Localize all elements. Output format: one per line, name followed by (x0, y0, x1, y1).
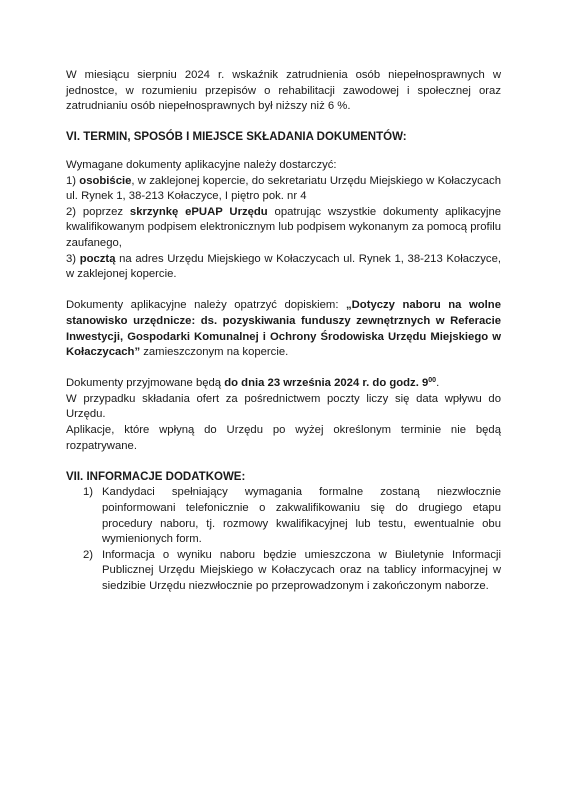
intro-paragraph: W miesiącu sierpniu 2024 r. wskaźnik zat… (66, 68, 501, 115)
envelope-annotation: Dokumenty aplikacyjne należy opatrzyć do… (66, 298, 501, 360)
option-method: osobiście (79, 175, 131, 187)
option-method: skrzynkę ePUAP Urzędu (130, 206, 268, 218)
submission-lead: Wymagane dokumenty aplikacyjne należy do… (66, 158, 501, 174)
list-item-number: 2) (83, 548, 93, 564)
list-item-text: Kandydaci spełniający wymagania formalne… (102, 486, 501, 545)
submission-methods: Wymagane dokumenty aplikacyjne należy do… (66, 158, 501, 283)
option-details: , w zaklejonej kopercie, do sekretariatu… (66, 175, 501, 203)
deadline-tail: . (436, 377, 439, 389)
submission-option-post: 3) pocztą na adres Urzędu Miejskiego w K… (66, 252, 501, 283)
deadline-date-text: do dnia 23 września 2024 r. do godz. 9 (224, 377, 428, 389)
option-details: na adres Urzędu Miejskiego w Kołaczycach… (66, 253, 501, 281)
deadline-date: do dnia 23 września 2024 r. do godz. 900 (224, 377, 436, 389)
additional-info-list: 1) Kandydaci spełniający wymagania forma… (66, 485, 501, 594)
deadline-line: Dokumenty przyjmowane będą do dnia 23 wr… (66, 376, 501, 392)
document-page: W miesiącu sierpniu 2024 r. wskaźnik zat… (66, 68, 501, 595)
submission-option-personal: 1) osobiście, w zaklejonej kopercie, do … (66, 174, 501, 205)
annotation-lead: Dokumenty aplikacyjne należy opatrzyć do… (66, 299, 346, 311)
section-vi-heading: VI. TERMIN, SPOSÓB I MIEJSCE SKŁADANIA D… (66, 130, 501, 146)
annotation-tail: zamieszczonym na kopercie. (140, 346, 288, 358)
list-item: 1) Kandydaci spełniający wymagania forma… (66, 485, 501, 547)
deadline-lead: Dokumenty przyjmowane będą (66, 377, 224, 389)
deadline-minutes: 00 (428, 377, 436, 384)
postal-note: W przypadku składania ofert za pośrednic… (66, 392, 501, 423)
list-item-text: Informacja o wyniku naboru będzie umiesz… (102, 549, 501, 592)
option-prefix: 3) (66, 253, 80, 265)
list-item-number: 1) (83, 485, 93, 501)
section-vii-heading: VII. INFORMACJE DODATKOWE: (66, 470, 501, 486)
list-item: 2) Informacja o wyniku naboru będzie umi… (66, 548, 501, 595)
late-applications-note: Aplikacje, które wpłyną do Urzędu po wyż… (66, 423, 501, 454)
option-prefix: 1) (66, 175, 79, 187)
option-prefix: 2) poprzez (66, 206, 130, 218)
option-method: pocztą (80, 253, 116, 265)
deadline-block: Dokumenty przyjmowane będą do dnia 23 wr… (66, 376, 501, 454)
submission-option-epuap: 2) poprzez skrzynkę ePUAP Urzędu opatruj… (66, 205, 501, 252)
